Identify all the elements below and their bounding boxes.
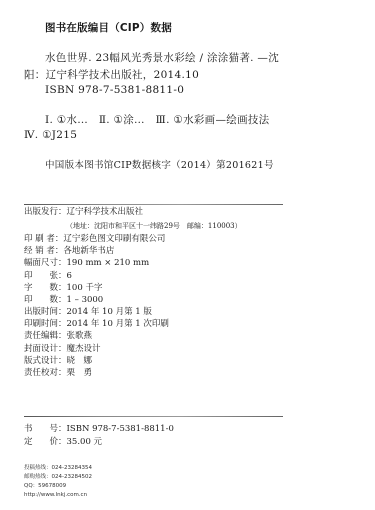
proofreader-label: 责任校对： bbox=[24, 368, 67, 379]
colophon-format-size: 幅面尺寸：190 mm × 210 mm bbox=[24, 258, 149, 269]
qq-number: QQ：59678009 bbox=[24, 482, 66, 490]
colophon-print-run: 印 数：1 – 3000 bbox=[24, 295, 103, 306]
cip-verification-number: 中国版本图书馆CIP数据核字（2014）第201621号 bbox=[45, 157, 274, 171]
distributor-label: 经 销 者： bbox=[24, 246, 63, 257]
colophon-editor: 责任编辑：张歌燕 bbox=[24, 331, 92, 342]
book-number: 书 号：ISBN 978-7-5381-8811-0 bbox=[24, 424, 174, 435]
colophon-printer: 印 刷 者：辽宁彩色图文印刷有限公司 bbox=[24, 234, 165, 245]
colophon-proofreader: 责任校对：栗 勇 bbox=[24, 368, 92, 379]
colophon-layout-design: 版式设计：晓 娜 bbox=[24, 356, 92, 367]
publish-date-label: 出版时间： bbox=[24, 307, 67, 318]
editor-value: 张歌燕 bbox=[67, 331, 93, 341]
cip-isbn-line: ISBN 978-7-5381-8811-0 bbox=[45, 84, 184, 96]
colophon-publisher: 出版发行：辽宁科学技术出版社 bbox=[24, 207, 143, 218]
printer-value: 辽宁彩色图文印刷有限公司 bbox=[63, 234, 165, 244]
printer-label: 印 刷 者： bbox=[24, 234, 63, 245]
website-link[interactable]: http://www.lnkj.com.cn bbox=[24, 491, 87, 499]
distributor-value: 各地新华书店 bbox=[63, 246, 114, 256]
sheets-value: 6 bbox=[67, 271, 72, 281]
print-run-value: 1 – 3000 bbox=[67, 295, 104, 305]
cip-publisher-line: 阳：辽宁科学技术出版社，2014.10 bbox=[24, 67, 199, 82]
print-date-label: 印刷时间： bbox=[24, 319, 67, 330]
publish-date-value: 2014 年 10 月第 1 版 bbox=[67, 307, 152, 317]
colophon-sheets: 印 张：6 bbox=[24, 271, 72, 282]
submission-hotline: 投稿热线：024-23284354 bbox=[24, 464, 92, 472]
proofreader-value: 栗 勇 bbox=[67, 368, 93, 378]
cover-design-label: 封面设计： bbox=[24, 344, 67, 355]
cip-heading: 图书在版编目（CIP）数据 bbox=[45, 20, 172, 35]
word-count-value: 100 千字 bbox=[67, 283, 103, 293]
print-date-value: 2014 年 10 月第 1 次印刷 bbox=[67, 319, 169, 329]
colophon-print-date: 印刷时间：2014 年 10 月第 1 次印刷 bbox=[24, 319, 169, 330]
format-size-label: 幅面尺寸： bbox=[24, 258, 67, 269]
layout-design-value: 晓 娜 bbox=[67, 356, 93, 366]
cover-design-value: 魔杰设计 bbox=[67, 344, 101, 354]
isbn-value: ISBN 978-7-5381-8811-0 bbox=[67, 424, 174, 434]
colophon-cover-design: 封面设计：魔杰设计 bbox=[24, 344, 101, 355]
colophon-word-count: 字 数：100 千字 bbox=[24, 283, 102, 294]
cip-title-line: 水色世界. 23幅风光秀景水彩绘 / 涂涂猫著. —沈 bbox=[45, 50, 279, 65]
colophon-publish-date: 出版时间：2014 年 10 月第 1 版 bbox=[24, 307, 152, 318]
cip-classification-line: Ⅰ. ①水… Ⅱ. ①涂… Ⅲ. ①水彩画—绘画技法 bbox=[45, 112, 269, 127]
book-price: 定 价：35.00 元 bbox=[24, 437, 102, 448]
divider-bottom bbox=[24, 416, 283, 417]
sheets-label: 印 张： bbox=[24, 271, 67, 282]
layout-design-label: 版式设计： bbox=[24, 356, 67, 367]
print-run-label: 印 数： bbox=[24, 295, 67, 306]
cip-classification-code: Ⅳ. ①J215 bbox=[24, 129, 77, 141]
word-count-label: 字 数： bbox=[24, 283, 67, 294]
colophon-distributor: 经 销 者：各地新华书店 bbox=[24, 246, 114, 257]
editor-label: 责任编辑： bbox=[24, 331, 67, 342]
divider-top bbox=[24, 204, 283, 205]
mail-order-hotline: 邮购热线：024-23284502 bbox=[24, 473, 92, 481]
publisher-label: 出版发行： bbox=[24, 207, 67, 218]
isbn-label: 书 号： bbox=[24, 424, 67, 435]
price-value: 35.00 元 bbox=[67, 437, 103, 447]
publisher-address: （地址：沈阳市和平区十一纬路29号 邮编：110003） bbox=[66, 221, 242, 232]
publisher-value: 辽宁科学技术出版社 bbox=[67, 207, 144, 217]
price-label: 定 价： bbox=[24, 437, 67, 448]
format-size-value: 190 mm × 210 mm bbox=[67, 258, 150, 268]
